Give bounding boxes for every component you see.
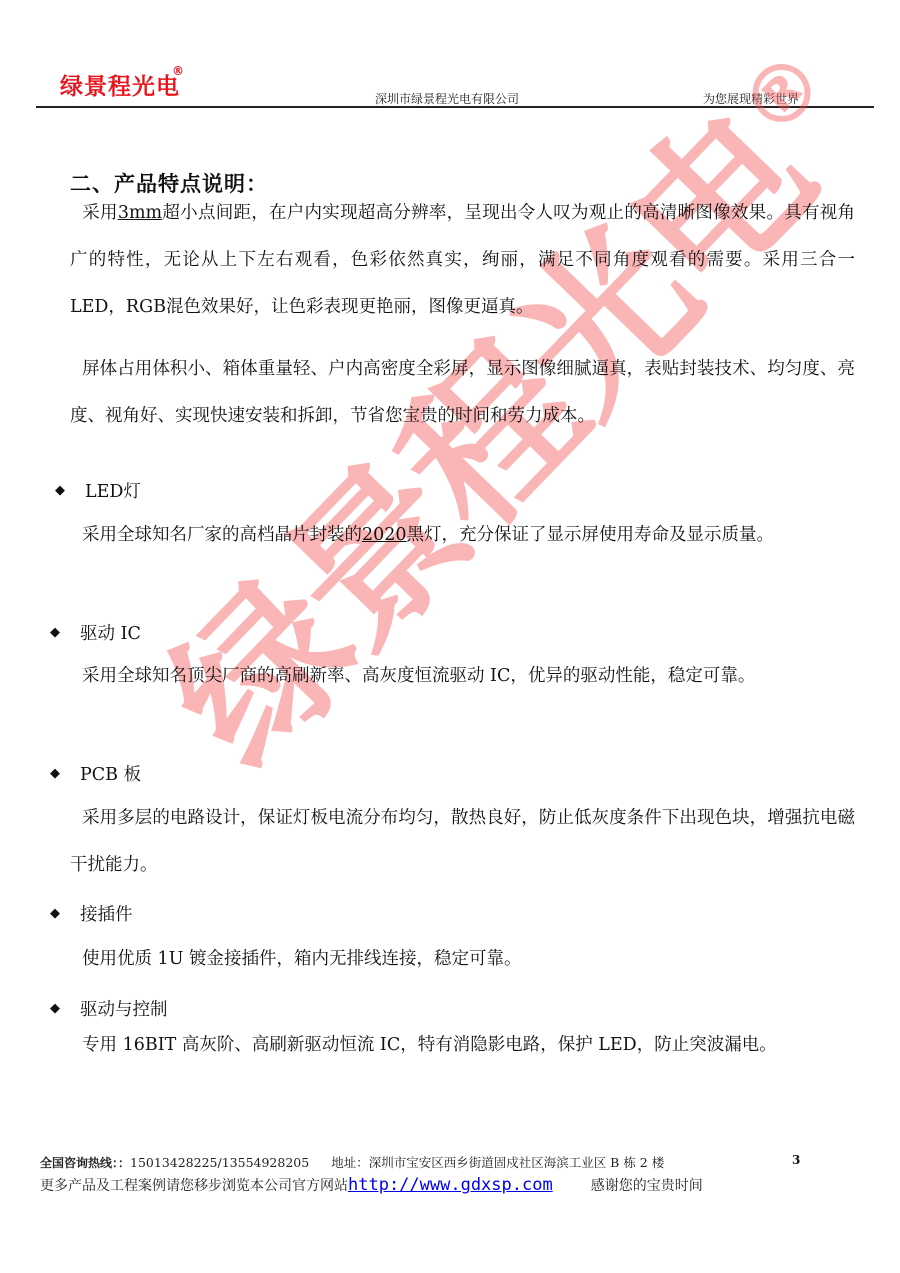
diamond-bullet-icon: ◆	[50, 906, 80, 921]
pitch-value: 3mm	[118, 203, 162, 223]
intro-paragraph-1: 采用3mm超小点间距，在户内实现超高分辨率，呈现出令人叹为观止的高清晰图像效果。…	[70, 190, 855, 331]
registered-mark: ®	[172, 64, 184, 78]
hotline-number: 15013428225/13554928205	[130, 1155, 309, 1170]
page-header: 绿景程光电 ® 深圳市绿景程光电有限公司 为您展现精彩世界	[0, 0, 900, 110]
feature-heading-drive-control: ◆驱动与控制	[50, 996, 168, 1021]
diamond-bullet-icon: ◆	[50, 766, 80, 781]
company-logo: 绿景程光电	[60, 68, 180, 101]
diamond-bullet-icon: ◆	[50, 1001, 80, 1016]
footer-more-text: 更多产品及工程案例请您移步浏览本公司官方网站	[40, 1178, 348, 1194]
header-divider	[36, 106, 874, 108]
feature-desc-led: 采用全球知名厂家的高档晶片封装的2020黑灯，充分保证了显示屏使用寿命及显示质量…	[70, 512, 855, 559]
website-link[interactable]: http://www.gdxsp.com	[348, 1175, 553, 1195]
header-company-name: 深圳市绿景程光电有限公司	[375, 90, 519, 107]
feature-heading-connector: ◆接插件	[50, 901, 133, 926]
diamond-bullet-icon: ◆	[55, 483, 85, 498]
footer-thanks: 感谢您的宝贵时间	[591, 1178, 703, 1194]
feature-desc-connector: 使用优质 1U 镀金接插件，箱内无排线连接，稳定可靠。	[70, 936, 855, 983]
feature-heading-pcb: ◆PCB 板	[50, 761, 141, 786]
feature-heading-driver-ic: ◆驱动 IC	[50, 620, 141, 645]
footer-website-row: 更多产品及工程案例请您移步浏览本公司官方网站http://www.gdxsp.c…	[40, 1175, 703, 1195]
page-number: 3	[792, 1153, 800, 1167]
feature-desc-drive-control: 专用 16BIT 高灰阶、高刷新驱动恒流 IC，特有消隐影电路，保护 LED，防…	[70, 1022, 855, 1069]
footer-address: 地址：深圳市宝安区西乡街道固戍社区海滨工业区 B 栋 2 楼	[331, 1155, 664, 1170]
led-model: 2020	[362, 525, 407, 545]
feature-desc-pcb: 采用多层的电路设计，保证灯板电流分布均匀，散热良好，防止低灰度条件下出现色块，增…	[70, 795, 855, 889]
hotline-label: 全国咨询热线：：	[40, 1156, 130, 1170]
feature-heading-led: ◆LED灯	[55, 478, 141, 503]
diamond-bullet-icon: ◆	[50, 625, 80, 640]
intro-paragraph-2: 屏体占用体积小、箱体重量轻、户内高密度全彩屏，显示图像细腻逼真，表贴封装技术、均…	[70, 346, 855, 440]
footer-contact: 全国咨询热线：：15013428225/13554928205地址：深圳市宝安区…	[40, 1153, 664, 1171]
header-slogan: 为您展现精彩世界	[703, 90, 799, 107]
feature-desc-driver-ic: 采用全球知名顶尖厂商的高刷新率、高灰度恒流驱动 IC，优异的驱动性能，稳定可靠。	[70, 653, 855, 700]
